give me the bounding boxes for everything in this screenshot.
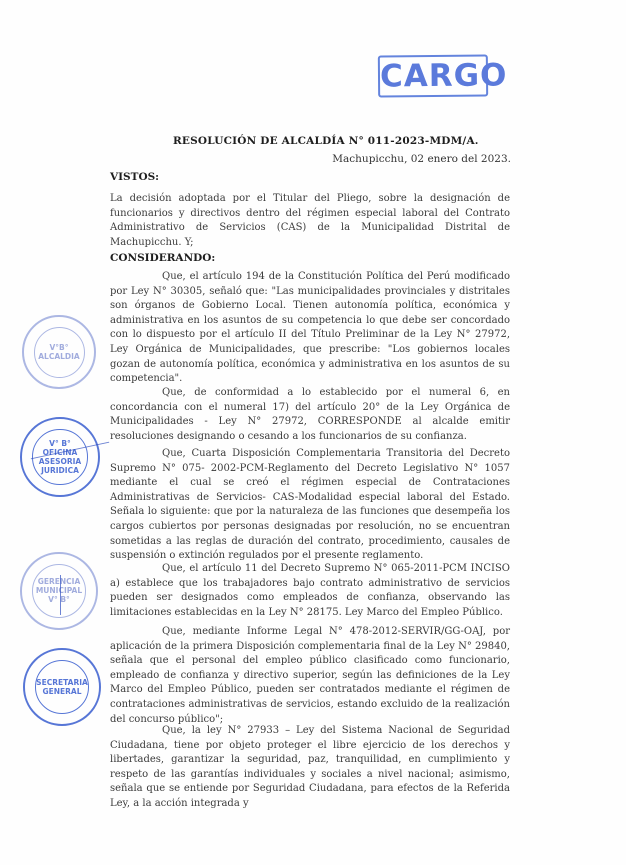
gerencia-municipal-stamp: GERENCIA MUNICIPAL V° B° — [20, 552, 98, 630]
stamp-line: GENERAL — [42, 687, 81, 696]
stamp-line: JURIDICA — [41, 466, 79, 475]
stamp-line: GERENCIA — [38, 577, 81, 586]
vistos-heading: VISTOS: — [110, 171, 159, 183]
resolution-date: Machupicchu, 02 enero del 2023. — [332, 153, 511, 165]
stamp-line: ALCALDIA — [38, 352, 80, 361]
secretaria-general-stamp: SECRETARIA GENERAL — [23, 648, 101, 726]
signature-stroke — [60, 575, 63, 615]
considerando-paragraph-2: Que, de conformidad a lo establecido por… — [110, 386, 510, 444]
stamp-line: SECRETARIA — [36, 678, 88, 687]
stamp-line: V° B° — [48, 595, 70, 604]
considerando-heading: CONSIDERANDO: — [110, 252, 215, 264]
considerando-paragraph-4: Que, el artículo 11 del Decreto Supremo … — [110, 562, 510, 620]
resolution-title: RESOLUCIÓN DE ALCALDÍA N° 011-2023-MDM/A… — [173, 135, 479, 147]
document-page: CARGO RESOLUCIÓN DE ALCALDÍA N° 011-2023… — [0, 0, 626, 865]
considerando-paragraph-6: Que, la ley N° 27933 – Ley del Sistema N… — [110, 724, 510, 812]
stamp-line: ASESORIA — [39, 457, 81, 466]
alcaldia-stamp: V°B° ALCALDIA — [22, 315, 96, 389]
stamp-line: V° B° — [49, 439, 71, 448]
considerando-paragraph-1: Que, el artículo 194 de la Constitución … — [110, 270, 510, 387]
stamp-line: MUNICIPAL — [36, 586, 82, 595]
considerando-paragraph-3: Que, Cuarta Disposición Complementaria T… — [110, 447, 510, 564]
stamp-line: V°B° — [49, 343, 68, 352]
vistos-paragraph: La decisión adoptada por el Titular del … — [110, 192, 510, 250]
considerando-paragraph-5: Que, mediante Informe Legal N° 478-2012-… — [110, 625, 510, 727]
cargo-stamp: CARGO — [378, 55, 488, 98]
